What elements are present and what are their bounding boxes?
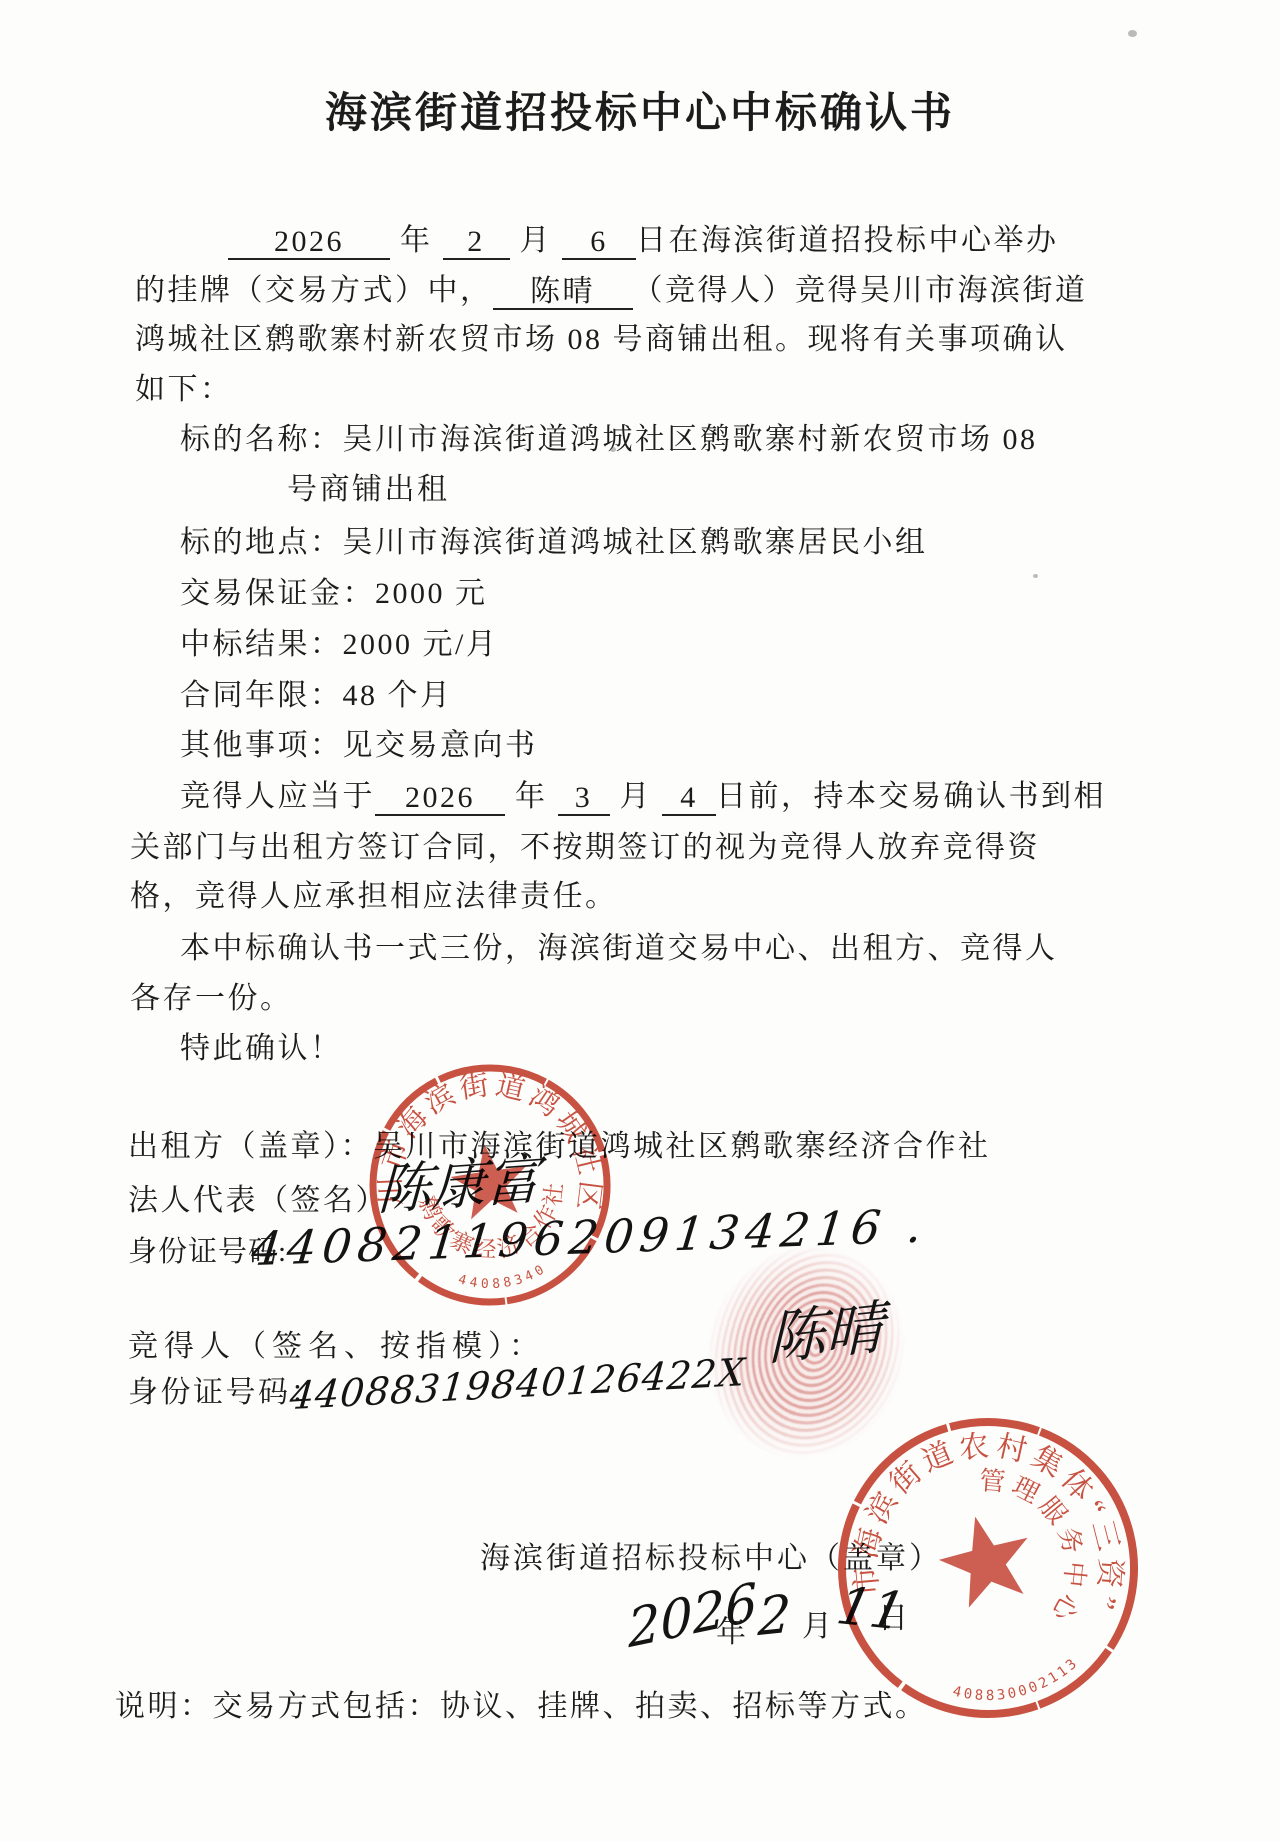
intro-line-2-post: （竞得人）竞得吴川市海滨街道 — [633, 274, 1088, 307]
intro-day-blank: 6 — [562, 225, 636, 260]
bidder-signature-handwriting: 陈晴 — [768, 1280, 883, 1377]
detail-other: 其他事项：见交易意向书 — [180, 727, 538, 765]
intro-line-4: 如下： — [135, 371, 233, 409]
deadline-month-blank: 3 — [558, 781, 610, 816]
deadline-month-unit: 月 — [620, 780, 653, 813]
other-value: 见交易意向书 — [343, 729, 538, 762]
deposit-value: 2000 元 — [375, 577, 488, 610]
deadline-line-2: 关部门与出租方签订合同，不按期签订的视为竞得人放弃竞得资 — [130, 829, 1040, 867]
closing-line-2: 各存一份。 — [130, 980, 293, 1018]
closing-line-1: 本中标确认书一式三份，海滨街道交易中心、出租方、竞得人 — [180, 930, 1058, 968]
detail-term: 合同年限：48 个月 — [180, 677, 453, 715]
deadline-line-1: 竞得人应当于2026年3月4日前，持本交易确认书到相 — [180, 778, 1106, 816]
note-line: 说明：交易方式包括：协议、挂牌、拍卖、招标等方式。 — [115, 1688, 928, 1726]
intro-line-2: 的挂牌（交易方式）中，陈晴（竞得人）竞得吴川市海滨街道 — [135, 272, 1088, 310]
lessor-seal: 吴川市海滨街道鸿城社区 鹩歌寨经济合作社 44088340 — [349, 1044, 631, 1326]
scan-speck — [1128, 30, 1137, 37]
subject-value: 吴川市海滨街道鸿城社区鹩歌寨村新农贸市场 08 — [343, 423, 1038, 456]
scan-speck — [1033, 574, 1038, 578]
closing-confirm: 特此确认！ — [180, 1030, 343, 1068]
deadline-year-unit: 年 — [515, 780, 548, 813]
deposit-label: 交易保证金： — [180, 577, 375, 610]
lessor-seal-arc-text: 吴川市海滨街道鸿城社区 — [349, 1044, 613, 1250]
lessor-label: 出租方（盖章）： — [128, 1130, 373, 1163]
detail-subject-cont: 号商铺出租 — [287, 471, 450, 509]
location-label: 标的地点： — [180, 526, 343, 559]
term-label: 合同年限： — [180, 679, 343, 712]
result-label: 中标结果： — [180, 628, 343, 661]
issuer-seal-star-icon — [931, 1506, 1041, 1612]
deadline-pre: 竞得人应当于 — [180, 780, 375, 813]
subject-label: 标的名称： — [180, 423, 343, 456]
detail-location: 标的地点：吴川市海滨街道鸿城社区鹩歌寨居民小组 — [180, 524, 928, 562]
deadline-year-blank: 2026 — [375, 781, 505, 816]
result-value: 2000 元/月 — [343, 628, 499, 661]
date-month-handwriting: 2 — [757, 1584, 792, 1648]
intro-month-unit: 月 — [520, 224, 553, 257]
issuer-seal-code-text: 408830002113 — [948, 1653, 1087, 1717]
intro-year-blank: 2026 — [228, 225, 390, 260]
document-page: 海滨街道招投标中心中标确认书 2026年2月6日在海滨街道招投标中心举办 的挂牌… — [0, 0, 1280, 1842]
svg-text:吴川市海滨街道鸿城社区: 吴川市海滨街道鸿城社区 — [349, 1044, 613, 1250]
issuer-date-month-unit: 月 — [802, 1608, 835, 1646]
intro-line-2-pre: 的挂牌（交易方式）中， — [135, 274, 493, 307]
detail-subject: 标的名称：吴川市海滨街道鸿城社区鹩歌寨村新农贸市场 08 — [180, 421, 1038, 459]
winner-name-blank: 陈晴 — [493, 275, 633, 310]
svg-text:408830002113: 408830002113 — [948, 1653, 1087, 1717]
other-label: 其他事项： — [180, 729, 343, 762]
detail-deposit: 交易保证金：2000 元 — [180, 575, 488, 613]
location-value: 吴川市海滨街道鸿城社区鹩歌寨居民小组 — [343, 526, 928, 559]
deadline-line-1-rest: 日前，持本交易确认书到相 — [716, 780, 1106, 813]
detail-result: 中标结果：2000 元/月 — [180, 626, 498, 664]
scan-speck — [610, 447, 616, 452]
intro-line-1: 2026年2月6日在海滨街道招投标中心举办 — [228, 222, 1059, 260]
lessor-rep-label: 法人代表（签名） — [128, 1182, 388, 1220]
lessor-seal-graphic: 吴川市海滨街道鸿城社区 鹩歌寨经济合作社 44088340 — [349, 1044, 631, 1326]
term-value: 48 个月 — [343, 679, 453, 712]
deadline-line-3: 格，竞得人应承担相应法律责任。 — [130, 878, 618, 916]
intro-line-3: 鸿城社区鹩歌寨村新农贸市场 08 号商铺出租。现将有关事项确认 — [135, 321, 1068, 359]
intro-line-1-rest: 日在海滨街道招投标中心举办 — [636, 224, 1059, 257]
bidder-line: 竞得人（签名、按指模）： — [128, 1328, 545, 1366]
intro-month-blank: 2 — [443, 225, 510, 260]
lessor-seal-star-icon — [447, 1139, 532, 1221]
intro-year-unit: 年 — [400, 224, 433, 257]
document-title: 海滨街道招投标中心中标确认书 — [0, 80, 1280, 140]
deadline-day-blank: 4 — [662, 781, 716, 816]
